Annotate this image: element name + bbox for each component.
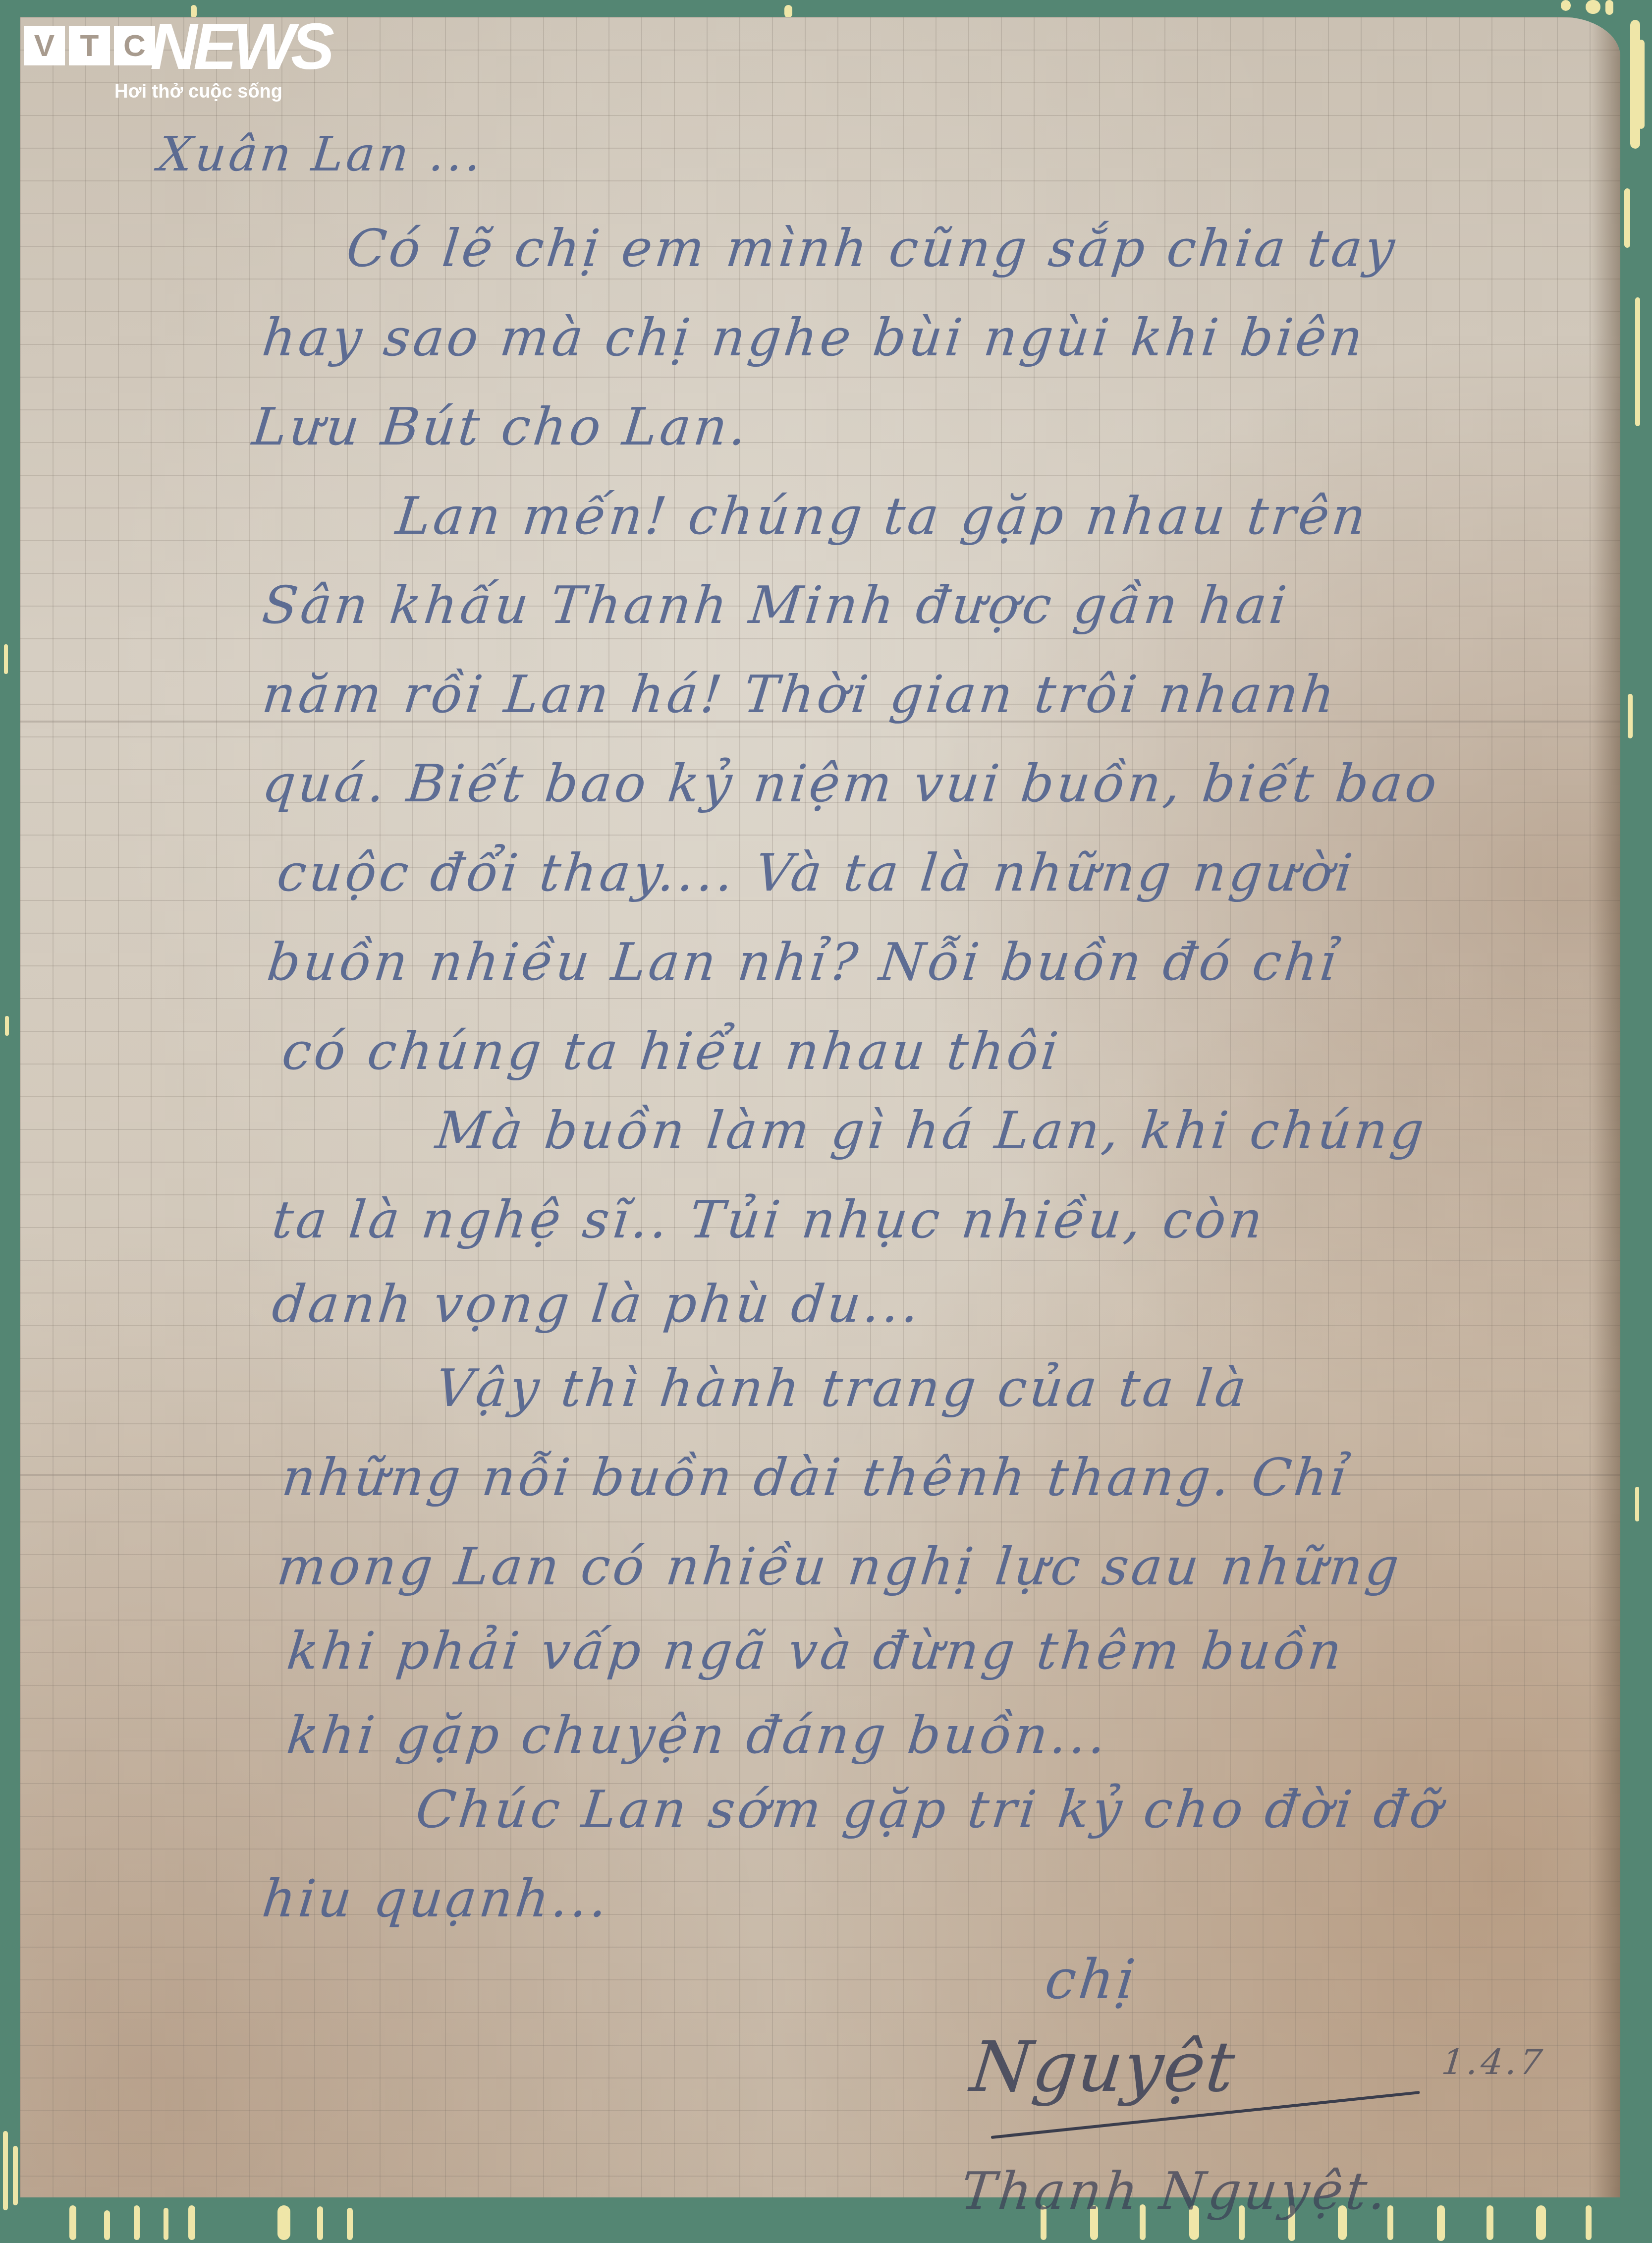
frame-bottom [0,2197,1652,2243]
signature-scrawl: Nguyệt [967,2027,1239,2108]
letter-line: hay sao mà chị nghe bùi ngùi khi biên [260,307,1369,368]
letter-salutation: Xuân Lan ... [156,126,487,182]
logo-letter-v: V [24,26,65,65]
letter-line: ta là nghệ sĩ.. Tủi nhục nhiều, còn [270,1189,1268,1250]
letter-line: Sân khấu Thanh Minh được gần hai [260,575,1292,635]
logo-tagline: Hơi thở cuộc sống [114,81,282,103]
logo-letter-t: T [69,26,110,65]
letter-line: Mà buồn làm gì há Lan, khi chúng [433,1100,1430,1161]
paper-edge-shadow [1591,17,1620,2197]
letter-closing: chị [1042,1948,1141,2011]
signed-name: Thanh Nguyệt. [958,2161,1392,2221]
letter-line: năm rồi Lan há! Thời gian trôi nhanh [260,664,1341,725]
logo-wordmark: NEWS [150,14,330,79]
vtc-news-logo: V T C NEWS Hơi thở cuộc sống [24,26,371,110]
letter-line: Lan mến! chúng ta gặp nhau trên [393,486,1372,546]
logo-letter-c: C [114,26,155,65]
frame-right [1617,0,1652,2243]
letter-line: Vậy thì hành trang của ta là [433,1358,1252,1418]
frame-left [0,0,20,2243]
letter-line: Chúc Lan sớm gặp tri kỷ cho đời đỡ [413,1779,1447,1840]
letter-line: Có lẽ chị em mình cũng sắp chia tay [344,218,1401,279]
letter-line: mong Lan có nhiều nghị lực sau những [275,1536,1405,1597]
letter-line: khi gặp chuyện đáng buồn... [284,1705,1112,1765]
letter-line: buồn nhiều Lan nhỉ? Nỗi buồn đó chỉ [265,932,1343,992]
letter-line: hiu quạnh... [260,1868,613,1929]
letter-line: quá. Biết bao kỷ niệm vui buồn, biết bao [260,753,1443,814]
letter-line: Lưu Bút cho Lan. [250,396,753,457]
letter-line: danh vọng là phù du... [270,1274,925,1334]
letter-line: có chúng ta hiểu nhau thôi [279,1021,1064,1081]
letter-line: khi phải vấp ngã và đừng thêm buồn [284,1621,1348,1681]
logo-letter-boxes: V T C [24,26,155,65]
letter-line: cuộc đổi thay.... Và ta là những người [275,842,1358,903]
letter-line: những nỗi buồn dài thênh thang. Chỉ [279,1447,1353,1508]
letter-date: 1.4.7 [1440,2042,1547,2082]
